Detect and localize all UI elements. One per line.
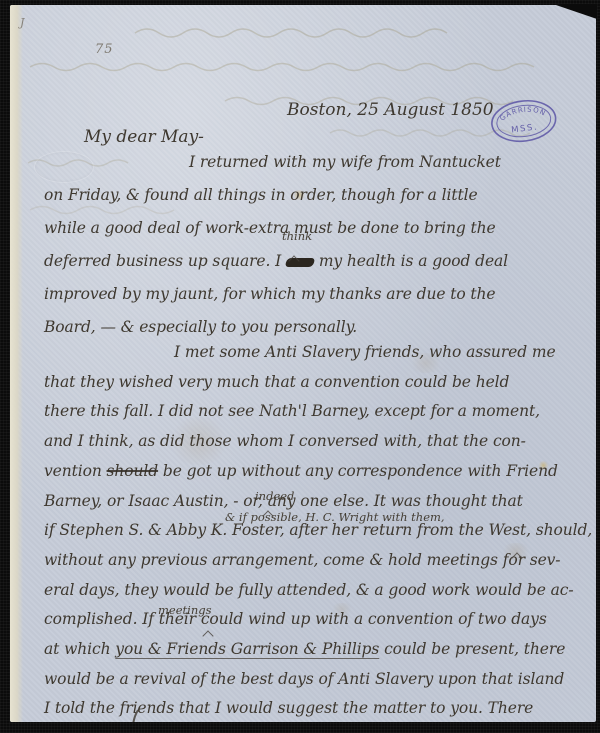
salutation: My dear May-	[84, 127, 204, 147]
letter-line: improved by my jaunt, for which my thank…	[44, 278, 508, 311]
line-text: at which	[44, 640, 110, 658]
interline-insertion: think	[282, 229, 312, 243]
letter-line: at which you & Friends Garrison & Philli…	[44, 635, 592, 665]
letter-line: and I think, as did those whom I convers…	[44, 427, 592, 457]
paper-deckle-edge	[10, 5, 23, 722]
letter-line: eral days, they would be fully attended,…	[44, 576, 592, 606]
line-text: could be present, there	[384, 640, 565, 658]
letter-line: I returned with my wife from Nantucket	[189, 146, 508, 179]
letter-line: I told the friends that I would suggest …	[44, 694, 592, 724]
line-text: any one else. It was thought that	[268, 492, 523, 510]
dateline: Boston, 25 August 1850	[287, 100, 494, 120]
line-text: should,	[536, 521, 592, 539]
line-text: deferred business up square. I	[44, 252, 281, 270]
garrison-mss-stamp: GARRISON MSS.	[486, 94, 562, 152]
letter-line: complished. If their could wind up with …	[44, 605, 592, 635]
paragraph-2: I met some Anti Slavery friends, who ass…	[44, 338, 592, 724]
letter-line: on Friday, & found all things in order, …	[44, 179, 508, 212]
letter-line: deferred business up square. I my health…	[44, 245, 508, 278]
letter-line: I met some Anti Slavery friends, who ass…	[174, 338, 592, 368]
interline-insertion: meetings	[158, 603, 212, 617]
paper-corner-notch	[553, 4, 597, 19]
letter-line: vention should be got up without any cor…	[44, 457, 592, 487]
letter-line: would be a revival of the best days of A…	[44, 665, 592, 695]
underlined-names: you & Friends Garrison & Phillips	[115, 640, 379, 658]
letter-line: while a good deal of work-extra must be …	[44, 212, 508, 245]
line-text: vention	[44, 462, 102, 480]
line-text: Barney, or Isaac Austin, - or,	[44, 492, 263, 510]
line-text: my health is a good deal	[319, 252, 508, 270]
interline-insertion: & if possible, H. C. Wright with them,	[225, 510, 445, 524]
stamp-text-bottom: MSS.	[511, 122, 539, 135]
letter-page: J 75 Boston, 25 August 1850 GARRISON MSS…	[10, 5, 596, 722]
line-text: could wind up with a convention of two d…	[201, 610, 547, 628]
paragraph-1: I returned with my wife from Nantucket o…	[44, 146, 508, 344]
stamp-outer-oval	[490, 97, 558, 145]
line-text: be got up without any correspondence wit…	[163, 462, 558, 480]
letter-line: that they wished very much that a conven…	[44, 368, 592, 398]
pencil-corner-mark: J	[20, 16, 24, 29]
letter-line: without any previous arrangement, come &…	[44, 546, 592, 576]
interline-insertion: indeed	[255, 489, 294, 503]
struck-word: should	[107, 462, 159, 480]
pencil-page-number: 75	[95, 42, 114, 57]
letter-line: there this fall. I did not see Nath'l Ba…	[44, 397, 592, 427]
